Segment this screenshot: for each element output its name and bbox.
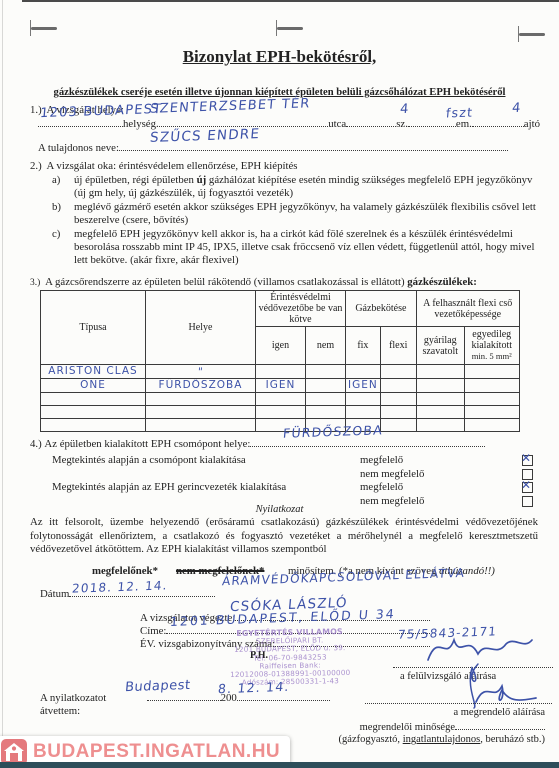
handwritten-received-city: Budapest [124, 680, 191, 694]
scan-edge-bottom [0, 762, 559, 768]
item-text: megfelelő EPH jegyzőkönyv kell akkor is,… [74, 228, 544, 267]
checkpoint-row-2: nem megfelelő [30, 468, 544, 482]
section4-number: 4.) [30, 438, 42, 451]
customer-quality-options: (gázfogyasztó, ingatlantulajdonos, beruh… [339, 733, 545, 746]
ok-label: megfelelő [360, 454, 403, 467]
item-letter: a) [52, 174, 74, 200]
col-header-gazbekotes: Gázbekötése [346, 291, 417, 327]
document-title: Bizonylat EPH-bekötésről, [0, 50, 559, 63]
handwritten-door: 4 [511, 103, 522, 115]
item-text: új épületben, régi épületben új gázhálóz… [74, 174, 544, 200]
date-label: Dátum [40, 588, 69, 601]
customer-signature [468, 676, 543, 710]
customer-signature-caption: a megrendelő aláírása [453, 706, 545, 719]
received-line: A nyilatkozatot átvettem: 200 [40, 691, 330, 718]
notok-label: nem megfelelő [360, 468, 424, 481]
qualify-ok-text: megfelelőnek* [92, 565, 158, 578]
section2-heading: 2.) A vizsgálat oka: érintésvédelem elle… [30, 160, 544, 173]
eph-node-label: Az épületben kialakított EPH csomópont h… [44, 438, 250, 451]
handwritten-owner-name: SZŰCS ENDRE [150, 128, 261, 144]
handwritten-received-date: 8. 12. 14. [217, 681, 290, 696]
gas-appliance-table: Típusa Helye Érintésvédelmi védővezetőbe… [40, 290, 520, 432]
received-label: A nyilatkozatot átvettem: [40, 692, 147, 718]
section3-number: 3.) [30, 278, 40, 288]
hw-appliance-place: FÜRDŐSZOBA [159, 379, 243, 391]
scan-edge-top [22, 0, 559, 2]
house-icon [1, 739, 27, 765]
subcol-nem: nem [306, 327, 346, 365]
check-x-mark: ✕ [521, 479, 531, 492]
handwritten-floor: fszt [445, 107, 473, 120]
customer-signature-line [365, 702, 552, 704]
staple-mark [30, 20, 60, 36]
checkpoint-row-3: Megtekintés alapján az EPH gerincvezeték… [30, 481, 544, 495]
hw-ditto-mark: " [147, 366, 253, 378]
handwritten-date: 2018. 12. 14. [72, 579, 169, 594]
item-text: meglévő gázmérő esetén akkor szükséges E… [74, 201, 544, 227]
declaration-title: Nyilatkozat [0, 503, 559, 516]
sz-label: sz. [396, 118, 408, 131]
ok-label: megfelelő [360, 481, 403, 494]
owner-line: A tulajdonos neve: [38, 141, 508, 155]
declaration-text: Az itt felsorolt, üzembe helyezendő (erő… [30, 516, 538, 557]
section3-heading: 3.) A gázcsőrendszerre az épületen belül… [30, 276, 542, 290]
scan-edge-left [2, 0, 3, 768]
section3: 3.) A gázcsőrendszerre az épületen belül… [30, 276, 542, 432]
checkpoint-label: Megtekintés alapján az EPH gerincvezeték… [52, 481, 286, 494]
col-header-erintesvedelem: Érintésvédelmi védővezetőbe be van kötve [256, 291, 346, 327]
owner-label: A tulajdonos neve: [38, 142, 119, 155]
watermark-text: BUDAPEST.INGATLAN.HU [33, 745, 280, 758]
reason-item-a: a) új épületben, régi épületben új gázhá… [52, 174, 544, 200]
inspection-reason-label: A vizsgálat oka: érintésvédelem ellenőrz… [47, 160, 298, 172]
col-header-helye: Helye [146, 291, 256, 365]
table-row: ONE FÜRDŐSZOBA IGEN IGEN [41, 379, 520, 393]
staple-mark [518, 26, 548, 42]
checkpoint-row-1: Megtekintés alapján a csomópont kialakít… [30, 454, 544, 468]
appliances-heading-bold: gázkészülékek: [407, 276, 477, 288]
hw-appliance-type: ONE [80, 379, 106, 391]
hw-fix: IGEN [348, 379, 378, 391]
customer-quality-line: megrendelői minősége [360, 720, 545, 734]
subcol-igen: igen [256, 327, 306, 365]
check-x-mark: ✕ [521, 452, 531, 465]
section2: 2.) A vizsgálat oka: érintésvédelem elle… [30, 160, 544, 267]
col-header-flexi-cso: A felhasznált flexi cső vezetőképessége [416, 291, 519, 327]
subcol-gyarilag: gyárilag szavatolt [416, 327, 464, 365]
section2-number: 2.) [30, 160, 42, 172]
handwritten-house-number: 4 [399, 104, 410, 116]
utca-label: utca [328, 118, 346, 131]
section4: 4.) Az épületben kialakított EPH csomópo… [30, 437, 544, 508]
table-row: ARISTON CLAS " [41, 365, 520, 379]
reason-item-c: c) megfelelő EPH jegyzőkönyv kell akkor … [52, 228, 544, 267]
reviewer-signature [420, 624, 540, 666]
ajto-label: ajtó [524, 118, 540, 131]
table-row [41, 419, 520, 432]
subcol-flexi: flexi [380, 327, 416, 365]
table-row [41, 393, 520, 406]
subcol-egyedileg: egyedileg kialakítottmin. 5 mm² [464, 327, 519, 365]
staple-mark [276, 20, 306, 36]
checkbox-megfelelo-1-checked: ✕ [522, 455, 533, 466]
checkpoint-label: Megtekintés alapján a csomópont kialakít… [52, 454, 246, 467]
handwritten-eph-node-place: FÜRDŐSZOBA [283, 424, 384, 440]
item-letter: b) [52, 201, 74, 227]
appliances-heading: A gázcsőrendszerre az épületen belül rák… [45, 276, 407, 288]
subcol-fix: fix [346, 327, 381, 365]
table-row [41, 406, 520, 419]
scanned-document-page: Bizonylat EPH-bekötésről, gázkészülékek … [0, 0, 559, 768]
col-header-tipusa: Típusa [41, 291, 146, 365]
checkbox-megfelelo-2-checked: ✕ [522, 482, 533, 493]
handwritten-street: SZENTERZSEBET TÉR [150, 98, 311, 116]
item-letter: c) [52, 228, 74, 267]
reason-item-b: b) meglévő gázmérő esetén akkor szüksége… [52, 201, 544, 227]
hw-appliance-type: ARISTON CLAS [48, 365, 137, 377]
hw-igen: IGEN [266, 379, 296, 391]
